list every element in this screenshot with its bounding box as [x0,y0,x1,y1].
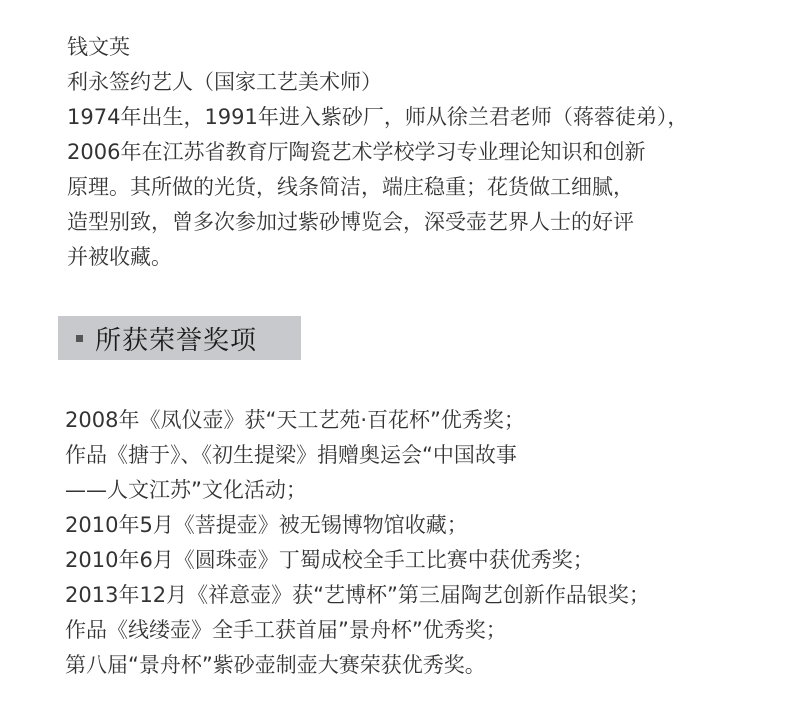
awards-section-header: 所获荣誉奖项 [58,316,301,360]
square-bullet-icon [76,335,83,342]
award-item: 2010年6月《圆珠壶》丁蜀成校全手工比赛中获优秀奖； [65,543,765,578]
award-item: 第八届“景舟杯”紫砂壶制壶大赛荣获优秀奖。 [65,648,765,683]
bio-line: 并被收藏。 [67,240,747,275]
award-item: 作品《线缕壶》全手工获首届”景舟杯”优秀奖； [65,613,765,648]
award-item: 2008年《凤仪壶》获“天工艺苑·百花杯”优秀奖； [65,403,765,438]
section-title: 所获荣誉奖项 [95,320,257,357]
award-item: 作品《搪于》、《初生提梁》捐赠奥运会“中国故事 [65,438,765,473]
bio-line: 原理。其所做的光货，线条简洁，端庄稳重；花货做工细腻， [67,170,747,205]
bio-line: 造型别致，曾多次参加过紫砂博览会，深受壶艺界人士的好评 [67,205,747,240]
bio-line: 1974年出生，1991年进入紫砂厂，师从徐兰君老师（蒋蓉徒弟）， [67,100,747,135]
bio-line: 2006年在江苏省教育厅陶瓷艺术学校学习专业理论知识和创新 [67,135,747,170]
artist-bio: 钱文英 利永签约艺人（国家工艺美术师） 1974年出生，1991年进入紫砂厂，师… [67,30,747,275]
awards-list: 2008年《凤仪壶》获“天工艺苑·百花杯”优秀奖； 作品《搪于》、《初生提梁》捐… [65,403,765,683]
artist-name: 钱文英 [67,30,747,65]
award-item: 2013年12月《祥意壶》获“艺博杯”第三届陶艺创新作品银奖； [65,578,765,613]
award-item: 2010年5月《菩提壶》被无锡博物馆收藏； [65,508,765,543]
artist-title: 利永签约艺人（国家工艺美术师） [67,65,747,100]
award-item: ——人文江苏”文化活动； [65,473,765,508]
